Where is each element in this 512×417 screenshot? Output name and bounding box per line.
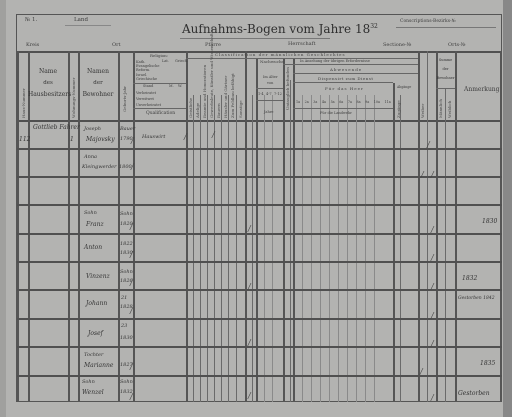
totals-male: Männlich <box>438 99 443 118</box>
col-line <box>245 51 247 402</box>
col-line <box>200 95 201 402</box>
row-line <box>17 204 502 206</box>
reserve-header-line <box>283 64 418 65</box>
col-line <box>252 95 253 402</box>
class-col-adelige: Adelige <box>195 103 200 118</box>
row-1-resident-top: Joseph <box>84 126 101 132</box>
row-line <box>17 261 502 263</box>
section-label: Sectione-№ <box>383 43 411 48</box>
col-line <box>28 51 30 402</box>
religion-title: Religion: <box>150 54 168 58</box>
tally-mark: / <box>431 225 434 234</box>
row-line <box>17 289 502 291</box>
row-4-resident: Franz <box>86 221 104 228</box>
row-2-resident: Kleingwerder <box>82 164 117 170</box>
row-9-remarks: 1835 <box>480 360 495 367</box>
status-col-m: M. <box>169 85 174 89</box>
col-line <box>400 95 401 402</box>
col-line <box>68 51 70 402</box>
row-9-resident-top: Tochter <box>84 352 103 358</box>
col-line <box>256 58 258 402</box>
tally-mark: / <box>184 132 187 141</box>
totals-header: Summe der Bewohner <box>436 58 455 80</box>
col-line <box>455 51 457 402</box>
col-line <box>302 95 303 402</box>
col-line <box>365 95 366 402</box>
class-col-haeusler: Häusler und Gärtner <box>223 76 228 118</box>
tally-mark: / <box>130 250 133 259</box>
resident-name-header: Namen der Bewohner <box>78 68 118 98</box>
col-line <box>214 95 215 402</box>
row-1-birth-top: Bauer <box>120 126 135 132</box>
row-line <box>17 233 502 235</box>
row-1-resident: Majovsky <box>86 136 115 143</box>
tally-mark: / <box>248 391 251 400</box>
tally-mark: / <box>248 338 251 347</box>
classification-header: Classification der männlichen Geschlecht… <box>215 53 346 57</box>
status-title: Stand <box>143 85 153 89</box>
row-1-family-no: 1 <box>70 136 74 143</box>
ungenuegend-header: Untauglich befunden <box>285 67 290 110</box>
tally-mark: / <box>130 362 133 371</box>
sub-header-line <box>293 73 418 74</box>
sub-header-line <box>256 100 283 101</box>
col-line <box>329 95 330 402</box>
col-line <box>500 51 502 402</box>
age-col-1: 1-4 <box>258 93 264 97</box>
row-line <box>17 176 502 178</box>
sub-header-line <box>256 88 283 89</box>
class-col-bauern: Bauern <box>216 103 221 118</box>
sub-header-line <box>293 82 393 83</box>
col-line <box>133 51 135 402</box>
col-line <box>374 95 375 402</box>
row-8-resident: Josef <box>88 330 103 337</box>
row-9-resident: Marianne <box>84 362 113 369</box>
land-label: Land <box>74 18 88 24</box>
col-line <box>78 51 80 402</box>
abwesend-header: Abwesende <box>330 68 362 72</box>
ort-label: Ort <box>112 43 121 48</box>
row-line <box>17 375 502 377</box>
col-line <box>293 58 295 402</box>
tally-mark: / <box>420 367 423 376</box>
land-underline <box>65 25 111 26</box>
tally-mark: / <box>248 224 251 233</box>
row-5-birth-top: 1822 <box>120 241 133 247</box>
row-4-remarks: 1830 <box>482 218 497 225</box>
tally-mark: / <box>248 282 251 291</box>
row-line <box>17 346 502 348</box>
sheet-number: № 1. <box>25 18 37 24</box>
row-1-house-no: 112 <box>19 136 30 143</box>
class-col-gewerbsleute: Gewerbsleute, Künstler und Wissenschaftl… <box>209 28 214 118</box>
frauen-header: Weiber <box>420 104 425 118</box>
conscription-label: Conscriptions-Bezirks-№ <box>400 20 456 25</box>
scan-right-edge <box>503 0 512 417</box>
row-5-resident: Anton <box>84 244 102 251</box>
col-line <box>17 51 19 402</box>
row-7-birth-top: 21 <box>121 295 127 301</box>
row-10-birth-top: Sohn <box>120 379 133 385</box>
row-line <box>17 318 502 320</box>
col-line <box>264 95 265 402</box>
status-rows: Verheiratet Verwitwet Unverheiratet <box>136 90 161 108</box>
religion-rows: Kath. Evangelische Reform. Israel. Griec… <box>136 60 160 81</box>
col-line <box>221 95 222 402</box>
tauglich-cols: 1a 2a 3a 4a 5a 6a 7a 8a 9a 10a 11a <box>296 101 391 104</box>
tally-mark: / <box>431 170 434 179</box>
nachwuchs-header: Nachwuchs <box>260 60 284 64</box>
col-line <box>356 95 357 402</box>
col-line <box>207 95 208 402</box>
jahre-label: Jahre <box>264 111 274 115</box>
tally-mark: / <box>431 282 434 291</box>
tally-mark: / <box>421 170 424 179</box>
tally-mark: / <box>431 253 434 262</box>
col-line <box>338 95 339 402</box>
sub-header-line <box>436 88 455 89</box>
row-1-owner: Gottlieb Fahrer <box>33 124 80 131</box>
age-col-3: 7-12 <box>274 93 282 97</box>
sub-header-line <box>293 108 393 109</box>
qualification-header: Qualification <box>146 112 175 117</box>
row-2-resident-top: Anna <box>84 154 97 160</box>
row-1-qualification: Hauswirt <box>142 134 165 140</box>
row-7-remarks: Gestorben 1842 <box>458 296 495 301</box>
fuer-das-heer: Für das Heer <box>325 87 364 91</box>
class-col-geistliche: Geistliche <box>188 98 193 118</box>
row-6-birth-top: Sohn <box>120 269 133 275</box>
title-underline <box>180 38 330 39</box>
totals-female: Weiblich <box>447 101 452 118</box>
col-line <box>445 88 446 402</box>
row-4-birth-top: Sohn <box>120 211 133 217</box>
tally-mark: / <box>431 393 434 402</box>
col-line <box>320 95 321 402</box>
col-line <box>228 95 229 402</box>
religion-col-griech: Griech. <box>175 60 188 64</box>
tally-mark: / <box>131 136 134 145</box>
tally-mark: / <box>130 392 133 401</box>
religion-col-lat: Lat. <box>162 60 169 64</box>
row-6-resident: Vinzenz <box>86 273 110 280</box>
kreis-label: Kreis <box>26 43 39 48</box>
table-header-bottom <box>17 120 502 122</box>
qualification-divider <box>133 108 186 109</box>
orts-label: Orts-№ <box>448 43 466 48</box>
family-number-header: Wohnungs-Nummer <box>71 78 76 118</box>
owner-name-header: Name des Hausbesitzers <box>28 68 68 98</box>
abgaenge-header: Abgänge <box>397 86 411 89</box>
row-10-remarks: Gestorben <box>458 390 490 397</box>
tally-mark: / <box>130 306 133 315</box>
birth-year-header: Geburts-Jahr <box>122 86 127 112</box>
class-col-beamte: Beamte und Honoratioren <box>202 65 207 118</box>
tally-mark: / <box>130 222 133 231</box>
herrschaft-label: Herrschaft <box>288 42 316 47</box>
row-8-birth: 1830 <box>120 335 133 341</box>
col-line <box>193 95 194 402</box>
row-2-birth: 1800 <box>119 164 132 170</box>
col-line <box>236 95 237 402</box>
remarks-header: Anmerkung <box>464 87 500 93</box>
age-col-2: 4-7 <box>266 93 272 97</box>
row-10-resident: Wenzel <box>82 389 104 396</box>
col-line <box>427 51 428 402</box>
col-line <box>393 83 395 402</box>
row-6-remarks: 1832 <box>462 275 477 282</box>
row-8-birth-top: 23 <box>121 323 127 329</box>
age-von-label: von <box>267 82 273 86</box>
tally-mark: / <box>431 311 434 320</box>
conscription-underline <box>396 27 496 28</box>
col-line <box>290 80 291 402</box>
col-line <box>272 95 273 402</box>
tally-mark: / <box>431 339 434 348</box>
row-10-resident-top: Sohn <box>82 379 95 385</box>
tally-mark: / <box>427 140 430 149</box>
reserve-header: In Ansehung der übrigen Erfordernisse <box>300 60 370 64</box>
zugaenge-header: Zugänge <box>396 100 401 118</box>
dispensed-header: Dispensirt zum Dienst <box>318 77 374 81</box>
col-line <box>347 95 348 402</box>
class-col-feldbau: Zum Feldbau befähigt <box>230 73 235 118</box>
landwehr-label: Für die Landwehr <box>320 112 352 116</box>
row-4-resident-top: Sohn <box>84 210 97 216</box>
tally-mark: / <box>131 162 134 171</box>
house-number-header: Haus-Nummer <box>21 88 26 118</box>
tally-mark: / <box>130 278 133 287</box>
class-col-sonstige: Sonstige <box>238 100 243 118</box>
tally-mark: / <box>212 130 215 139</box>
col-line <box>311 95 312 402</box>
status-col-w: W. <box>178 85 182 89</box>
row-7-resident: Johann <box>86 300 107 307</box>
age-label: Im Alter <box>263 76 278 80</box>
